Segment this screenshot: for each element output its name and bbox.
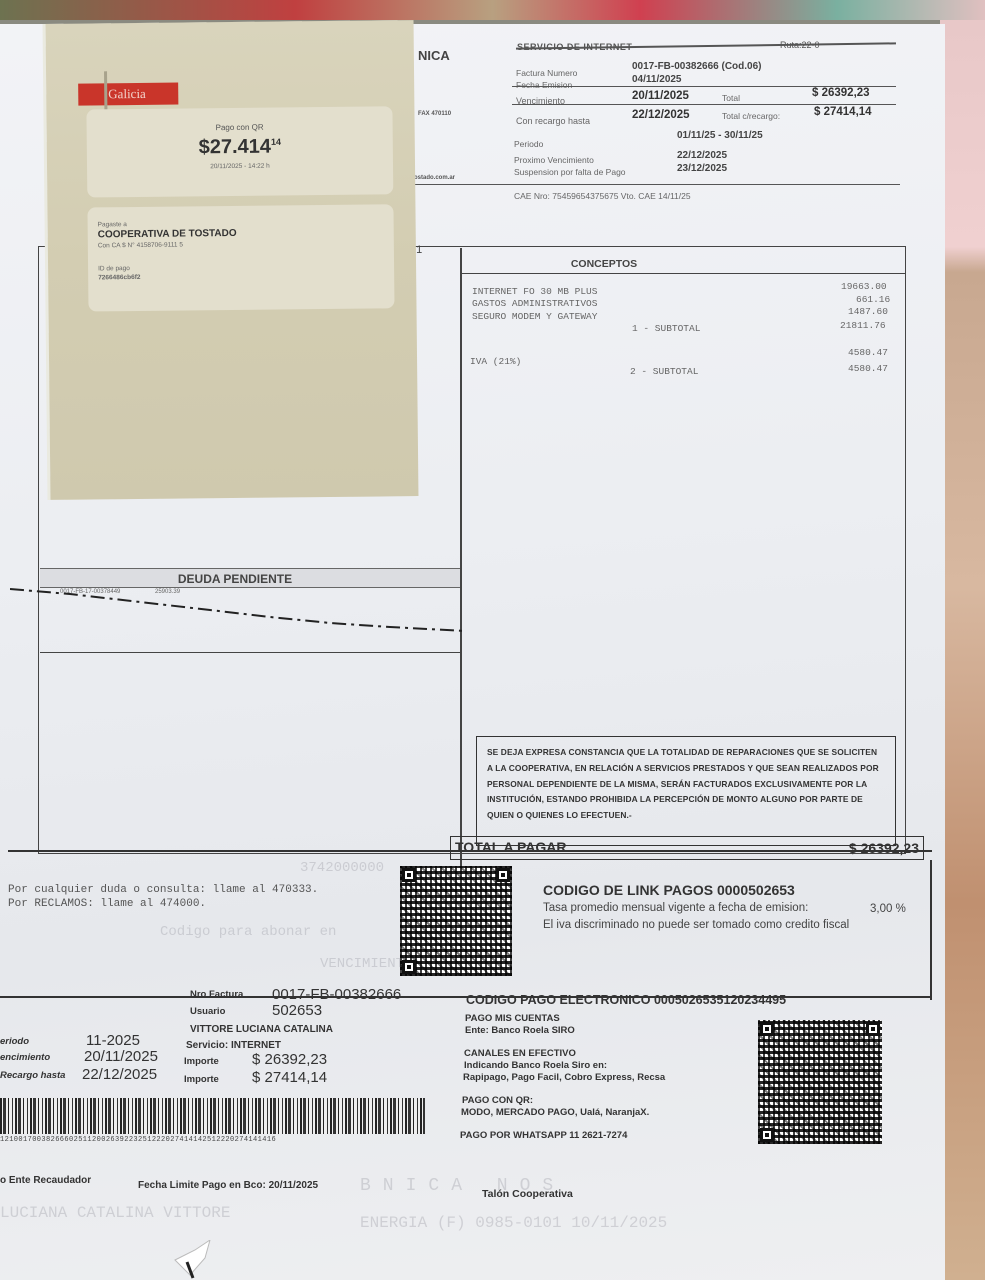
stub-recargo-label: Recargo hasta: [0, 1070, 65, 1081]
payment-datetime: 20/11/2025 - 14:22 h: [87, 161, 393, 171]
bleedthrough-text: Codigo para abonar en: [160, 924, 336, 940]
factura-label: Factura Numero: [516, 68, 577, 78]
payment-summary-card: Pago con QR $27.41414 20/11/2025 - 14:22…: [86, 106, 393, 197]
concept-amount: 19663.00: [841, 281, 887, 292]
proximo-value: 22/12/2025: [677, 150, 727, 161]
qr-finder: [760, 1128, 774, 1142]
bank-name: Galicia: [108, 86, 146, 101]
link-pagos-code: CODIGO DE LINK PAGOS 0000502653: [543, 882, 795, 898]
stub-nro-factura-label: Nro Factura: [190, 989, 243, 1000]
ente-recaudador: o Ente Recaudador: [0, 1175, 91, 1186]
qr-pay-title: PAGO CON QR:: [462, 1095, 533, 1106]
payee-card: Pagaste a COOPERATIVA DE TOSTADO Con CA …: [87, 204, 394, 311]
payment-qr-code: [758, 1020, 882, 1144]
concept-amount: 1487.60: [848, 306, 888, 317]
payee-name: COOPERATIVA DE TOSTADO: [98, 226, 394, 240]
stub-periodo-value: 11-2025: [86, 1032, 140, 1049]
repairs-notice-text: SE DEJA EXPRESA CONSTANCIA QUE LA TOTALI…: [487, 745, 885, 824]
stub-venc-value: 20/11/2025: [84, 1048, 158, 1065]
emision-label: Fecha Emision: [516, 80, 572, 90]
stub-importe-2: $ 27414,14: [252, 1069, 327, 1086]
stub-usuario-label: Usuario: [190, 1006, 225, 1017]
stub-servicio: Servicio: INTERNET: [186, 1040, 281, 1051]
galicia-logo: Galicia: [78, 83, 178, 106]
bleedthrough-text: BNICA NOS: [360, 1176, 565, 1196]
suspension-label: Suspension por falta de Pago: [514, 167, 626, 177]
recargo-value: 22/12/2025: [632, 109, 690, 121]
concept-item: SEGURO MODEM Y GATEWAY: [472, 311, 597, 322]
paper-tear: [165, 1240, 225, 1280]
concepts-header-row: CONCEPTOS: [462, 254, 906, 274]
codigo-pago-electronico: CODIGO PAGO ELECTRONICO 0005026535120234…: [466, 993, 786, 1007]
concept-item: INTERNET FO 30 MB PLUS: [472, 286, 597, 297]
bleedthrough-text: VENCIMIENTO: [320, 956, 412, 972]
stub-recargo-value: 22/12/2025: [82, 1066, 157, 1083]
whatsapp-pay: PAGO POR WHATSAPP 11 2621-7274: [460, 1130, 627, 1141]
payment-amount-main: $27.414: [199, 136, 272, 159]
efectivo-title: CANALES EN EFECTIVO: [464, 1048, 576, 1059]
qr-finder: [402, 960, 416, 974]
pmc-title: PAGO MIS CUENTAS: [465, 1013, 560, 1024]
bleedthrough-text: 3742000000: [300, 860, 384, 876]
stub-periodo-label: eriodo: [0, 1036, 29, 1047]
rule: [8, 850, 932, 852]
service-title: SERVICIO DE INTERNET: [517, 42, 632, 52]
stub-importe-1: $ 26392,23: [252, 1051, 327, 1068]
payment-title: Pago con QR: [87, 121, 393, 133]
factura-value: 0017-FB-00382666 (Cod.06): [632, 61, 762, 72]
payment-amount: $27.41414: [87, 134, 393, 160]
rule: [400, 184, 900, 185]
concept-item: GASTOS ADMINISTRATIVOS: [472, 298, 597, 309]
emision-value: 04/11/2025: [632, 74, 682, 85]
iva-label: IVA (21%): [470, 356, 521, 367]
total-row: TOTAL A PAGAR $ 26392,23: [450, 836, 924, 860]
total-value: $ 26392,23: [812, 87, 870, 99]
pmc-ente: Ente: Banco Roela SIRO: [465, 1025, 575, 1036]
subtotal1-value: 21811.76: [840, 320, 886, 331]
qr-finder: [402, 868, 416, 882]
periodo-label: Periodo: [514, 139, 543, 149]
stub-importe-label-2: Importe: [184, 1074, 219, 1085]
payment-amount-cents: 14: [271, 137, 281, 147]
tasa-value: 3,00 %: [870, 903, 906, 915]
recargo-label: Con recargo hasta: [516, 116, 590, 126]
background-fabric: [940, 20, 985, 1280]
issuer-web: ostado.com.ar: [414, 175, 455, 181]
payee-account: Con CA $ N° 4158706-9111 5: [98, 239, 394, 249]
bleedthrough-text: LUCIANA CATALINA VITTORE: [0, 1204, 230, 1222]
iva-credit-note: El iva discriminado no puede ser tomado …: [543, 919, 849, 931]
qr-pay-apps: MODO, MERCADO PAGO, Ualá, NaranjaX.: [461, 1107, 649, 1118]
receipt-fold: [104, 71, 107, 113]
link-pagos-qr-code: [400, 866, 512, 976]
periodo-value: 01/11/25 - 30/11/25: [677, 130, 763, 141]
tasa-label: Tasa promedio mensual vigente a fecha de…: [543, 902, 808, 914]
issuer-name-partial: NICA: [418, 48, 450, 63]
subtotal1-label: 1 - SUBTOTAL: [632, 323, 700, 334]
stub-venc-label: encimiento: [0, 1052, 50, 1063]
subtotal2-value: 4580.47: [848, 363, 888, 374]
efectivo-line-1: Indicando Banco Roela Siro en:: [464, 1060, 607, 1071]
total-label: Total: [722, 93, 740, 103]
contact-line-2: Por RECLAMOS: llame al 474000.: [8, 898, 206, 910]
stub-titular: VITTORE LUCIANA CATALINA: [190, 1024, 333, 1035]
iva-value: 4580.47: [848, 347, 888, 358]
payment-barcode: [0, 1098, 425, 1134]
contact-line-1: Por cualquier duda o consulta: llame al …: [8, 884, 318, 896]
proximo-label: Proximo Vencimiento: [514, 155, 594, 165]
subtotal2-label: 2 - SUBTOTAL: [630, 366, 698, 377]
galicia-payment-receipt: Galicia Pago con QR $27.41414 20/11/2025…: [46, 20, 419, 500]
total-amount: $ 26392,23: [849, 840, 919, 856]
repairs-notice: SE DEJA EXPRESA CONSTANCIA QUE LA TOTALI…: [476, 736, 896, 846]
stub-importe-label: Importe: [184, 1056, 219, 1067]
qr-finder: [760, 1022, 774, 1036]
issuer-fax: FAX 470110: [418, 111, 451, 117]
total-recargo-value: $ 27414,14: [814, 106, 872, 118]
suspension-value: 23/12/2025: [677, 163, 727, 174]
vencimiento-value: 20/11/2025: [632, 90, 689, 102]
qr-finder: [496, 868, 510, 882]
payment-id-value: 7266486cb6f2: [98, 271, 394, 281]
column-divider: [460, 248, 462, 868]
efectivo-line-2: Rapipago, Pago Facil, Cobro Express, Rec…: [463, 1072, 665, 1083]
rule: [40, 652, 460, 653]
bleedthrough-text: ENERGIA (F) 0985-0101 10/11/2025: [360, 1214, 667, 1232]
concept-amount: 661.16: [856, 294, 890, 305]
total-label: TOTAL A PAGAR: [455, 839, 566, 855]
route: Ruta:22-0: [780, 40, 820, 50]
rule: [930, 860, 932, 1000]
stub-nro-factura-value: 0017-FB-00382666: [272, 986, 401, 1003]
barcode-digits: 1210017003826660251120026392232512220274…: [0, 1136, 276, 1144]
qr-finder: [866, 1022, 880, 1036]
cae: CAE Nro: 75459654375675 Vto. CAE 14/11/2…: [514, 191, 691, 201]
total-recargo-label: Total c/recargo:: [722, 111, 780, 121]
stub-usuario-value: 502653: [272, 1002, 322, 1019]
concepts-header: CONCEPTOS: [462, 258, 746, 270]
fecha-limite: Fecha Limite Pago en Bco: 20/11/2025: [138, 1180, 318, 1191]
pen-strike-line: [10, 584, 465, 634]
